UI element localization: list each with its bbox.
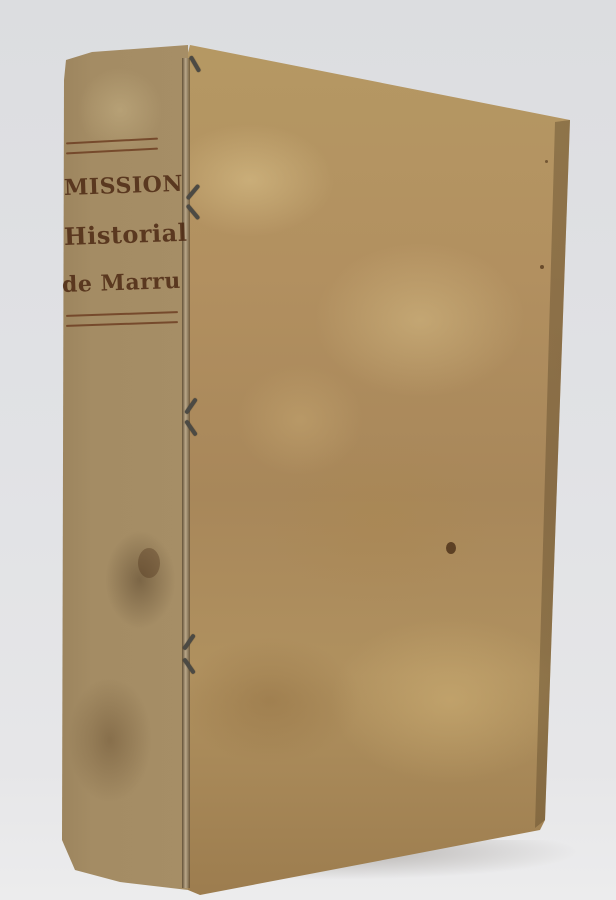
stain-spot [138, 548, 160, 578]
stain-spot [446, 542, 456, 554]
spine-hinge [182, 58, 190, 888]
spine-title-line-3: de Marruecos [62, 268, 181, 298]
spine-title-line-1: MISSION [64, 171, 184, 201]
book-photo: MISSION Historial de Marruecos [0, 0, 616, 900]
spine-title-line-2: Historial [63, 218, 187, 251]
stain-spot [540, 265, 544, 269]
stain-spot [545, 160, 548, 163]
